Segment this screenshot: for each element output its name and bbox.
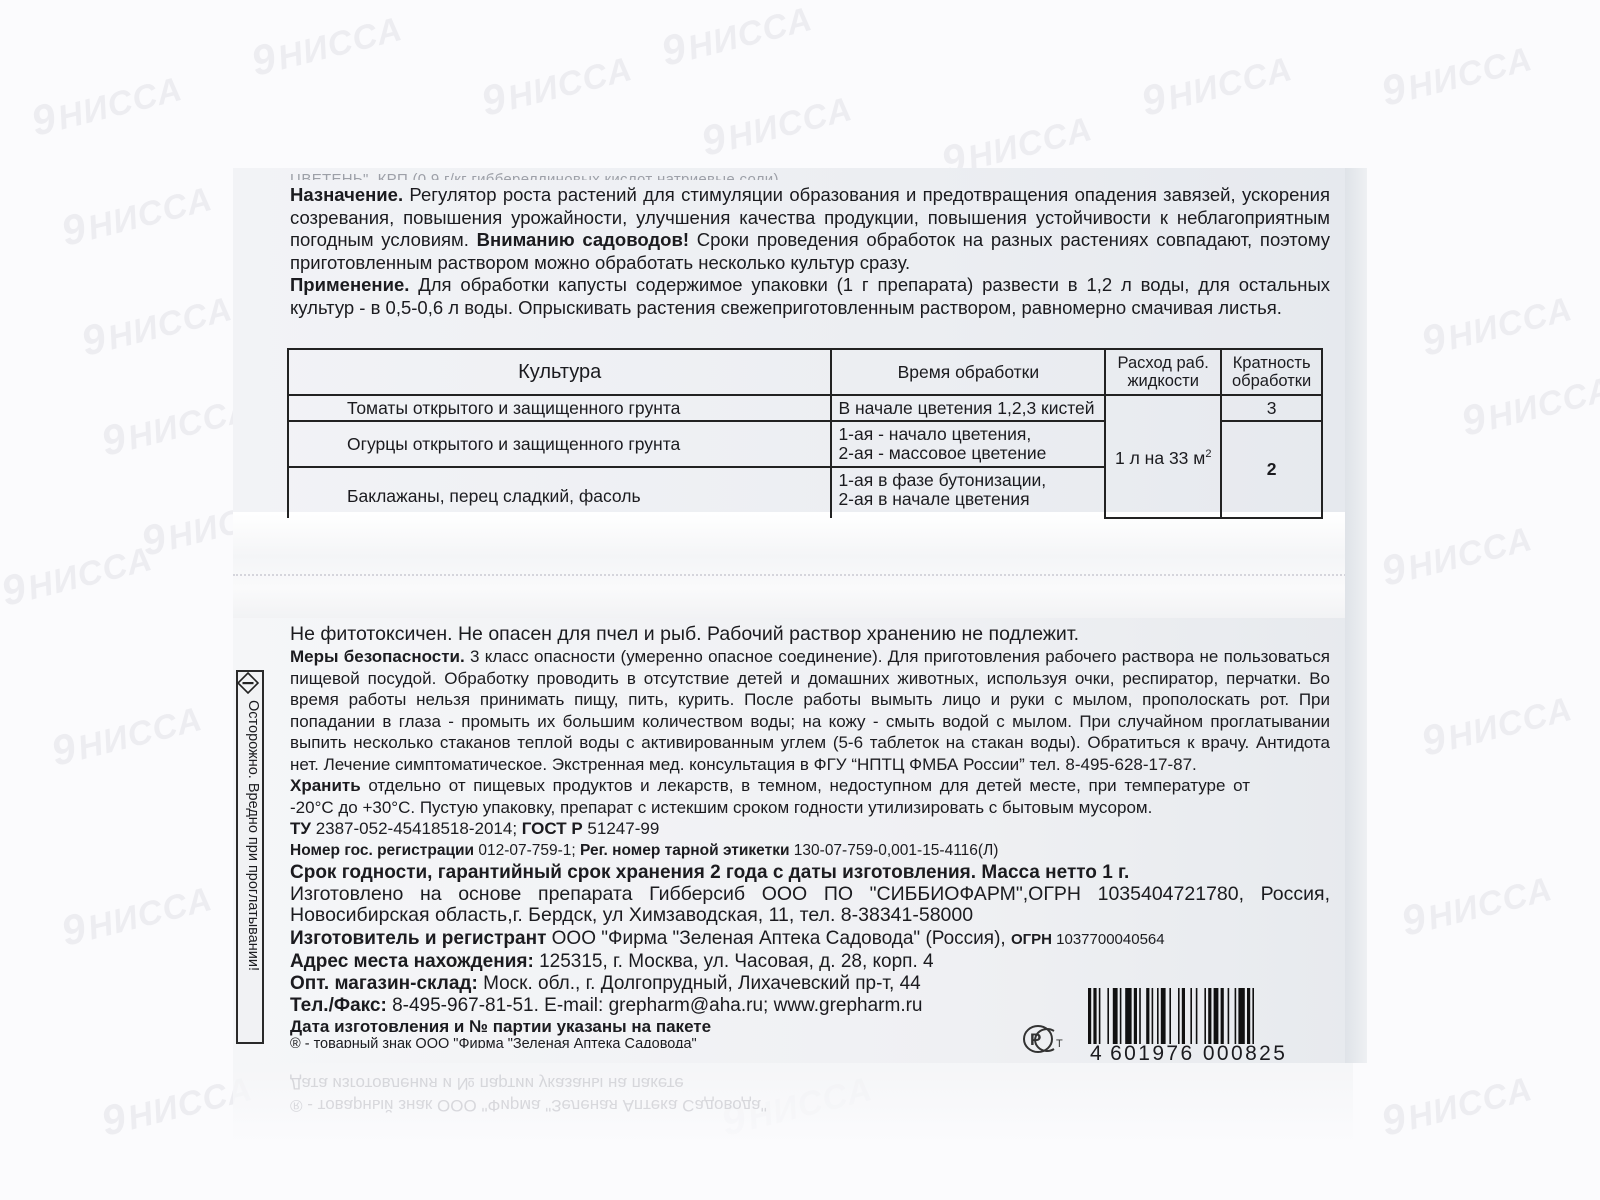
watermark: 9НИССА: [26, 62, 186, 146]
watermark: 9НИССА: [1376, 1062, 1536, 1146]
multiplicity-merged-cell: 2: [1221, 421, 1322, 518]
registration-line: Номер гос. регистрации 012-07-759-1; Рег…: [290, 840, 1330, 861]
mirrored-reflection-text: ® - товарный знак ООО "Фирма "Зеленая Ап…: [290, 1072, 767, 1116]
watermark: 9НИССА: [46, 692, 206, 776]
watermark: 9НИССА: [1136, 42, 1296, 126]
application-paragraph: Применение. Для обработки капусты содерж…: [290, 274, 1330, 319]
attention-label: Вниманию садоводов!: [477, 229, 689, 250]
watermark: 9НИССА: [56, 172, 216, 256]
hazard-warning-text: Осторожно. Вредно при проглатывании!: [245, 700, 261, 1030]
watermark: 9НИССА: [1416, 282, 1576, 366]
watermark: 9НИССА: [0, 532, 157, 616]
watermark: 9НИССА: [1376, 32, 1536, 116]
cut-off-text-line: ЦВЕТЕНЬ", КРП (0,9 г/кг гиббереллиновых …: [290, 168, 783, 180]
watermark: 9НИССА: [1376, 512, 1536, 596]
shelf-life-line: Срок годности, гарантийный срок хранения…: [290, 861, 1330, 884]
heat-seal-strip: [233, 512, 1353, 620]
hazard-diamond-icon: [237, 672, 259, 694]
purpose-paragraph: Назначение. Регулятор роста растений для…: [290, 184, 1330, 274]
watermark: 9НИССА: [76, 282, 236, 366]
watermark: 9НИССА: [1396, 862, 1556, 946]
safety-paragraph: Меры безопасности. 3 класс опасности (ум…: [290, 646, 1330, 775]
header-culture: Культура: [288, 349, 831, 395]
header-multiplicity: Кратность обработки: [1221, 349, 1322, 395]
table-header-row: Культура Время обработки Расход раб. жид…: [288, 349, 1322, 395]
packet-side-edge: [1345, 168, 1367, 1063]
treatment-table: Культура Время обработки Расход раб. жид…: [287, 348, 1323, 519]
standards-line: ТУ 2387-052-45418518-2014; ГОСТ Р 51247-…: [290, 818, 1330, 840]
header-time: Время обработки: [831, 349, 1105, 395]
watermark: 9НИССА: [246, 2, 406, 86]
consumption-cell: 1 л на 33 м2: [1105, 395, 1221, 518]
based-on-paragraph: Изготовлено на основе препарата Гибберси…: [290, 884, 1330, 927]
upper-text-block: Назначение. Регулятор роста растений для…: [290, 184, 1330, 319]
table-row: Томаты открытого и защищенного грунта В …: [288, 395, 1322, 421]
svg-text:T: T: [1056, 1038, 1063, 1050]
manufacturer-line: Изготовитель и регистрант ООО "Фирма "Зе…: [290, 927, 1330, 951]
header-consumption: Расход раб. жидкости: [1105, 349, 1221, 395]
watermark: 9НИССА: [56, 872, 216, 956]
rst-certification-mark-icon: P T: [1022, 1023, 1068, 1055]
nontoxic-statement: Не фитотоксичен. Не опасен для пчел и ры…: [290, 622, 1330, 646]
watermark: 9НИССА: [656, 0, 816, 76]
lower-text-block: Не фитотоксичен. Не опасен для пчел и ры…: [290, 622, 1330, 1048]
watermark: 9НИССА: [1456, 362, 1600, 446]
application-label: Применение.: [290, 274, 409, 295]
watermark: 9НИССА: [476, 42, 636, 126]
storage-paragraph: Хранить отдельно от пищевых продуктов и …: [290, 775, 1250, 818]
barcode: [1088, 988, 1333, 1048]
purpose-label: Назначение.: [290, 184, 403, 205]
watermark: 9НИССА: [696, 82, 856, 166]
watermark: 9НИССА: [1416, 682, 1576, 766]
barcode-number: 4601976 000825: [1090, 1042, 1287, 1066]
address-line: Адрес места нахождения: 125315, г. Москв…: [290, 951, 1330, 973]
